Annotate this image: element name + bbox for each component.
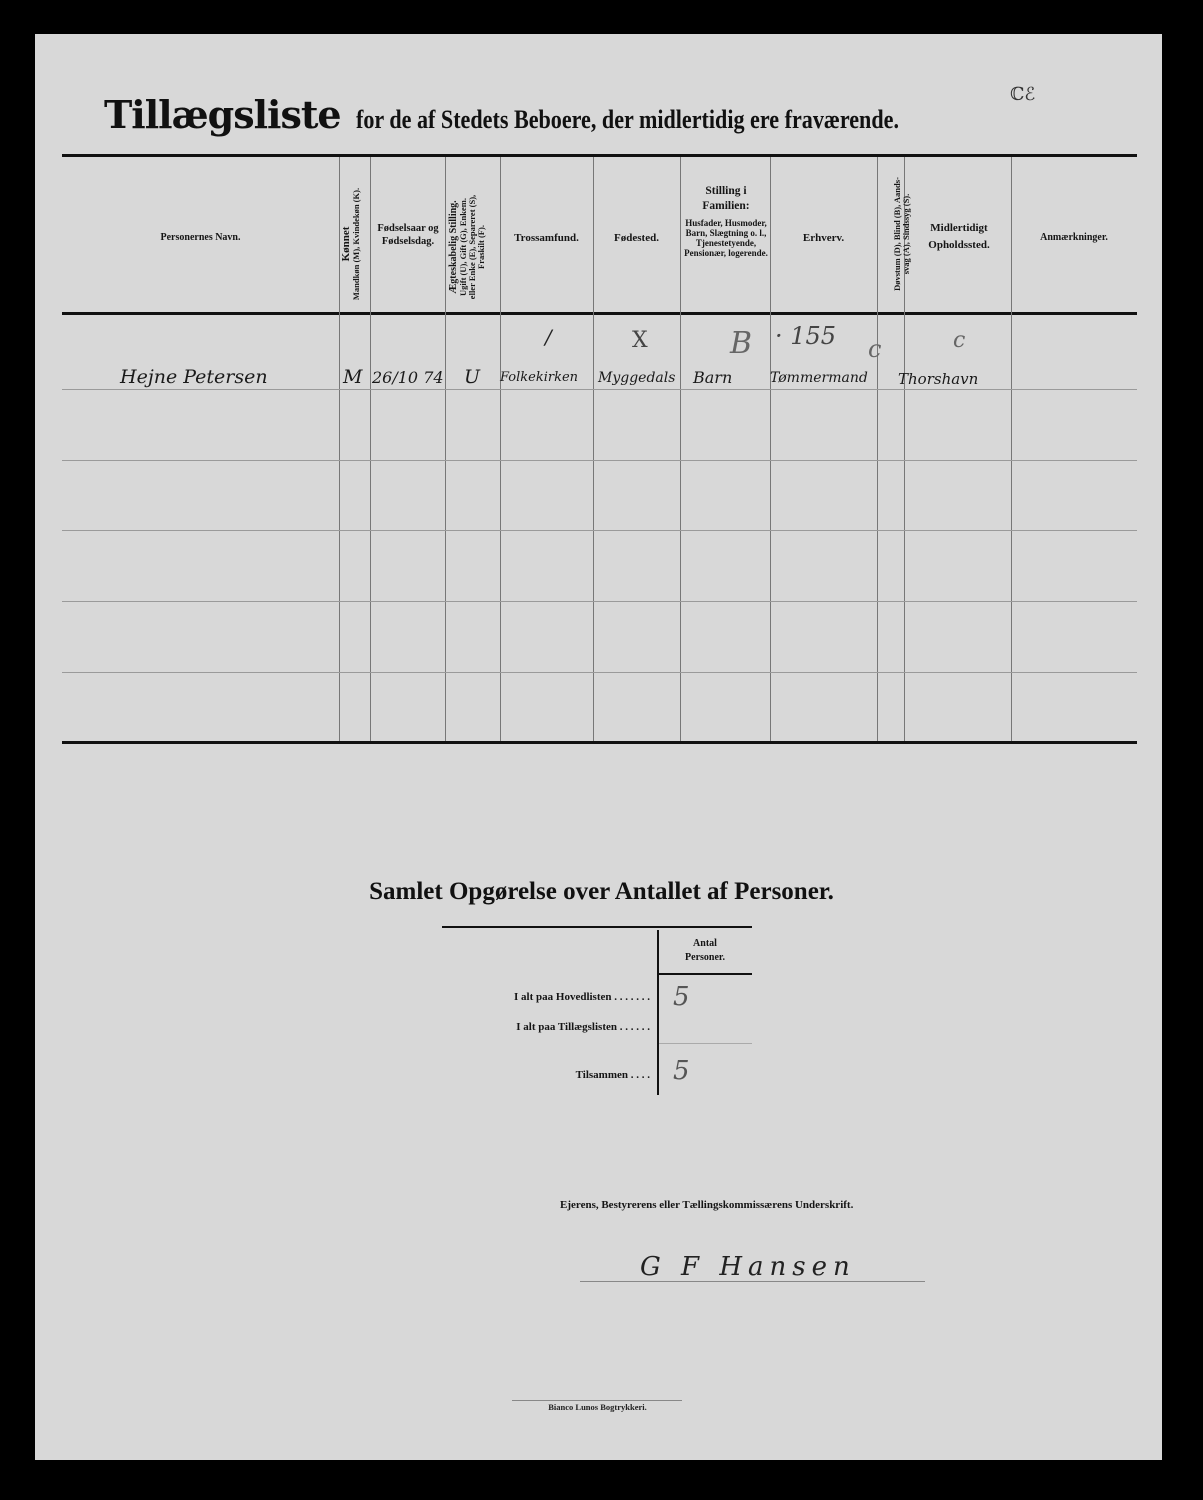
header-sex-sub: Mandkøn (M), Kvindekøn (K). [352, 169, 361, 319]
column-divider [445, 157, 446, 741]
header-birth: Fødselsaar og Fødselsdag. [371, 222, 445, 248]
header-marital-sub3: Fraskilt (F). [477, 172, 486, 322]
row-divider [62, 530, 1137, 531]
summary-label-total: Tilsammen . . . . [440, 1069, 650, 1081]
header-disability-sub2: svag (A), Sindssyg (S). [902, 159, 911, 309]
header-disability: Døvstum (D), Blind (B), Aands- svag (A),… [893, 159, 917, 309]
cell-birthplace: Myggedals [598, 370, 675, 386]
summary-label-main-list: I alt paa Hovedlisten . . . . . . . [440, 991, 650, 1003]
header-name: Personernes Navn. [62, 232, 339, 244]
column-divider [770, 157, 771, 741]
cell-birth: 26/10 74 [372, 368, 444, 387]
printer-rule [512, 1400, 682, 1401]
summary-value-total: 5 [673, 1056, 690, 1086]
title-main: Tillægsliste [104, 92, 341, 137]
mark-occupation: · 155 [775, 322, 836, 350]
mark-birthplace: X [632, 328, 648, 353]
printer-credit: Bianco Lunos Bogtrykkeri. [520, 1402, 675, 1412]
header-birth-label: Fødselsaar og Fødselsdag. [377, 223, 438, 247]
cell-sex: M [343, 366, 362, 388]
column-divider [500, 157, 501, 741]
summary-label-supplement-list: I alt paa Tillægslisten . . . . . . [440, 1021, 650, 1033]
header-bottom-rule [62, 312, 1137, 315]
header-birthplace: Fødested. [593, 232, 680, 244]
summary-top-rule [442, 926, 752, 928]
column-divider [1011, 157, 1012, 741]
summary-header-rule [659, 973, 752, 975]
cell-occupation: Tømmermand [770, 370, 868, 386]
mark-family: B [730, 326, 752, 361]
row-divider [62, 672, 1137, 673]
header-top-rule [62, 154, 1137, 157]
signature-label: Ejerens, Bestyrerens eller Tællingskommi… [560, 1199, 853, 1211]
signature-line [580, 1281, 925, 1282]
row-divider [62, 601, 1137, 602]
summary-subtotal-rule [659, 1043, 752, 1044]
row-divider [62, 460, 1137, 461]
cell-marital: U [464, 366, 480, 388]
header-temp-residence: Midlertidigt Opholdssted. [920, 220, 998, 254]
column-divider [877, 157, 878, 741]
row-divider [62, 389, 1137, 390]
cell-religion: Folkekirken [500, 370, 578, 385]
ink-stamp-mark: ℂℰ [1010, 84, 1035, 105]
mark-occupation-2: c [868, 335, 881, 363]
summary-column-rule [657, 930, 659, 1095]
header-sex: Kønnet Mandkøn (M), Kvindekøn (K). [340, 169, 370, 319]
mark-religion: / [545, 325, 552, 349]
title-subtitle: for de af Stedets Beboere, der midlertid… [356, 105, 899, 135]
cell-temp-residence: Thorshavn [898, 370, 978, 388]
summary-header-line1: Antal [660, 937, 750, 951]
header-family-sub: Husfader, Husmoder, Barn, Slægtning o. l… [683, 218, 769, 258]
header-marital: Ægteskabelig Stilling. Ugift (U), Gift (… [448, 172, 498, 322]
summary-header: Antal Personer. [660, 937, 750, 965]
header-remarks: Anmærkninger. [1011, 232, 1137, 244]
form-title: Tillægsliste for de af Stedets Beboere, … [104, 92, 995, 137]
header-family-title: Stilling i Familien: [683, 184, 769, 214]
header-religion: Trossamfund. [500, 232, 593, 244]
summary-header-line2: Personer. [660, 951, 750, 965]
mark-residence: c [953, 328, 965, 353]
summary-title: Samlet Opgørelse over Antallet af Person… [0, 878, 1203, 906]
header-occupation: Erhverv. [770, 232, 877, 244]
header-family-position: Stilling i Familien: Husfader, Husmoder,… [683, 184, 769, 258]
column-divider [593, 157, 594, 741]
cell-name: Hejne Petersen [120, 366, 268, 388]
column-divider [680, 157, 681, 741]
cell-family-position: Barn [693, 368, 732, 387]
signature-value: G F Hansen [640, 1252, 856, 1282]
table-bottom-rule [62, 741, 1137, 744]
summary-value-main-list: 5 [673, 982, 690, 1012]
